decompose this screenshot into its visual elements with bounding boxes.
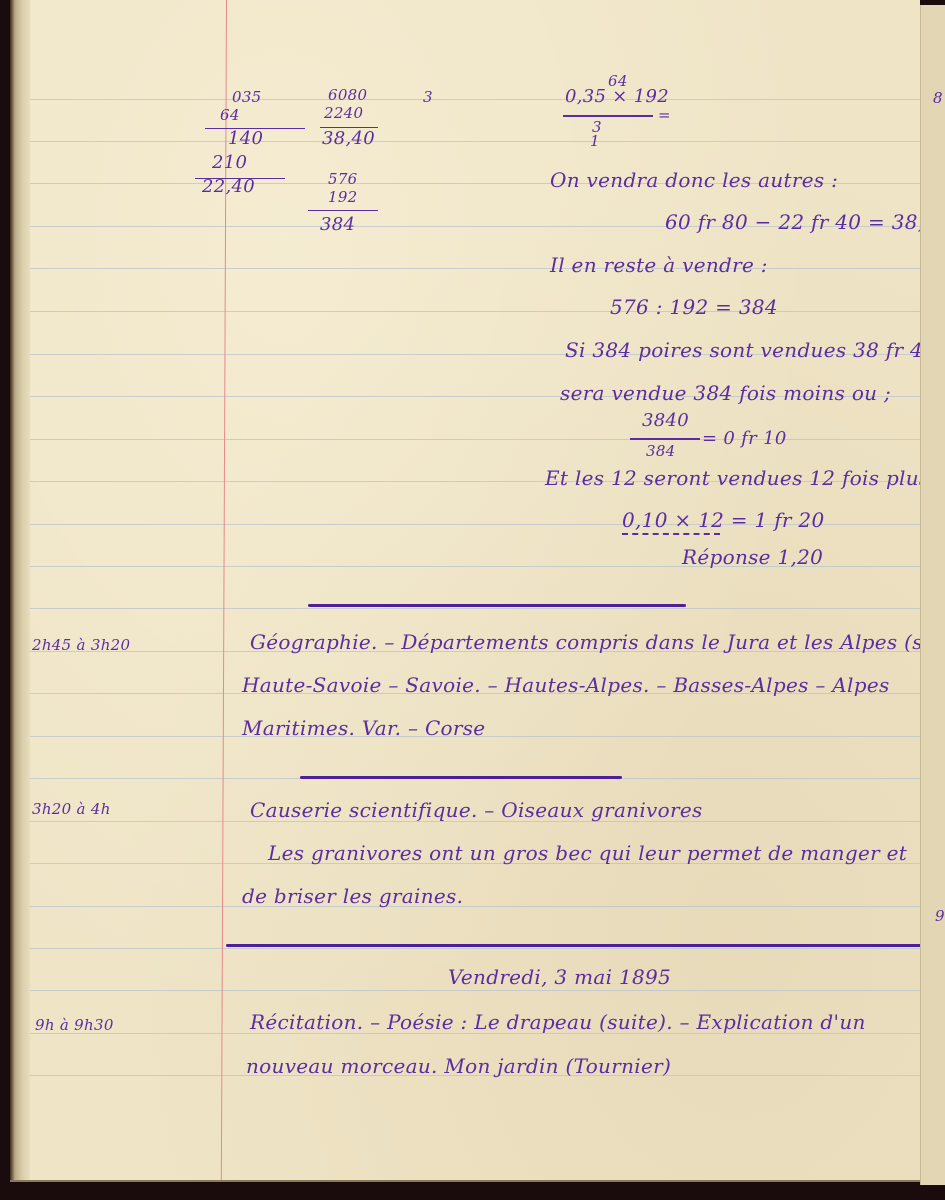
problem-line: Et les 12 seront vendues 12 fois plus ou… (545, 466, 945, 490)
entry-time: 9h à 9h30 (35, 1016, 114, 1034)
ruled-line (30, 439, 930, 440)
scratch-576: 576 (328, 170, 358, 188)
fraction-bar (630, 438, 700, 440)
scratch-64: 64 (220, 106, 240, 124)
ruled-line (30, 608, 930, 609)
entry-line: Les granivores ont un gros bec qui leur … (268, 841, 907, 865)
section-divider (308, 604, 686, 607)
problem-line: 576 : 192 = 384 (610, 295, 778, 319)
entry-line: Causerie scientifique. – Oiseaux granivo… (250, 798, 703, 822)
day-divider (226, 944, 930, 947)
scratch-3840: 38,40 (322, 128, 375, 149)
fraction-numerator: 0,35 × 192 (565, 86, 669, 107)
fraction-3840-numerator: 3840 (642, 410, 689, 431)
fraction-3840-denominator: 384 (646, 442, 676, 460)
ruled-line (30, 948, 930, 949)
scratch-6080: 6080 (328, 86, 367, 104)
entry-line: Haute-Savoie – Savoie. – Hautes-Alpes. –… (242, 673, 890, 697)
entry-line: Récitation. – Poésie : Le drapeau (suite… (250, 1010, 866, 1034)
scratch-192: 192 (328, 188, 358, 206)
page-binding-edge (10, 0, 30, 1180)
ruled-line (30, 141, 930, 142)
entry-line: Géographie. – Départements compris dans … (250, 630, 945, 654)
scratch-384: 384 (320, 214, 355, 235)
ruled-line (30, 268, 930, 269)
scratch-note-3: 3 (423, 88, 433, 106)
fraction-bar (563, 115, 653, 117)
calculation-underline (622, 533, 720, 535)
entry-time: 2h45 à 3h20 (32, 636, 130, 654)
section-divider (300, 776, 622, 779)
ruled-line (30, 990, 930, 991)
scratch-210: 210 (212, 152, 247, 173)
problem-line: 60 fr 80 − 22 fr 40 = 38,40 (665, 210, 945, 234)
scratch-line (308, 210, 378, 211)
answer-line: Réponse 1,20 (682, 545, 823, 569)
date-heading: Vendredi, 3 mai 1895 (448, 965, 671, 989)
fraction-3840-result: = 0 fr 10 (702, 428, 787, 449)
fraction-denominator-2: 1 (590, 132, 600, 150)
problem-line: On vendra donc les autres : (550, 168, 838, 192)
notebook-page: 035 64 140 210 22,40 6080 2240 38,40 576… (10, 0, 920, 1182)
entry-line: Maritimes. Var. – Corse (242, 716, 485, 740)
ruled-line (30, 99, 930, 100)
margin-fragment: 9 (935, 907, 945, 925)
problem-line: Si 384 poires sont vendues 38 fr 40 une (565, 338, 945, 362)
entry-line: de briser les graines. (242, 884, 463, 908)
scratch-140: 140 (228, 128, 263, 149)
entry-line: nouveau morceau. Mon jardin (Tournier) (246, 1054, 671, 1078)
scratch-035: 035 (232, 88, 262, 106)
problem-line: sera vendue 384 fois moins ou ; (560, 381, 891, 405)
ruled-line (30, 311, 930, 312)
scratch-2240b: 2240 (324, 104, 363, 122)
scratch-2240: 22,40 (202, 176, 255, 197)
problem-line: 0,10 × 12 = 1 fr 20 (622, 508, 824, 532)
margin-fragment: 8 (933, 89, 943, 107)
equals-sign: = (658, 106, 671, 124)
ruled-line (30, 906, 930, 907)
entry-time: 3h20 à 4h (32, 800, 111, 818)
problem-line: Il en reste à vendre : (550, 253, 768, 277)
next-page-edge: 8 9 (920, 5, 945, 1185)
